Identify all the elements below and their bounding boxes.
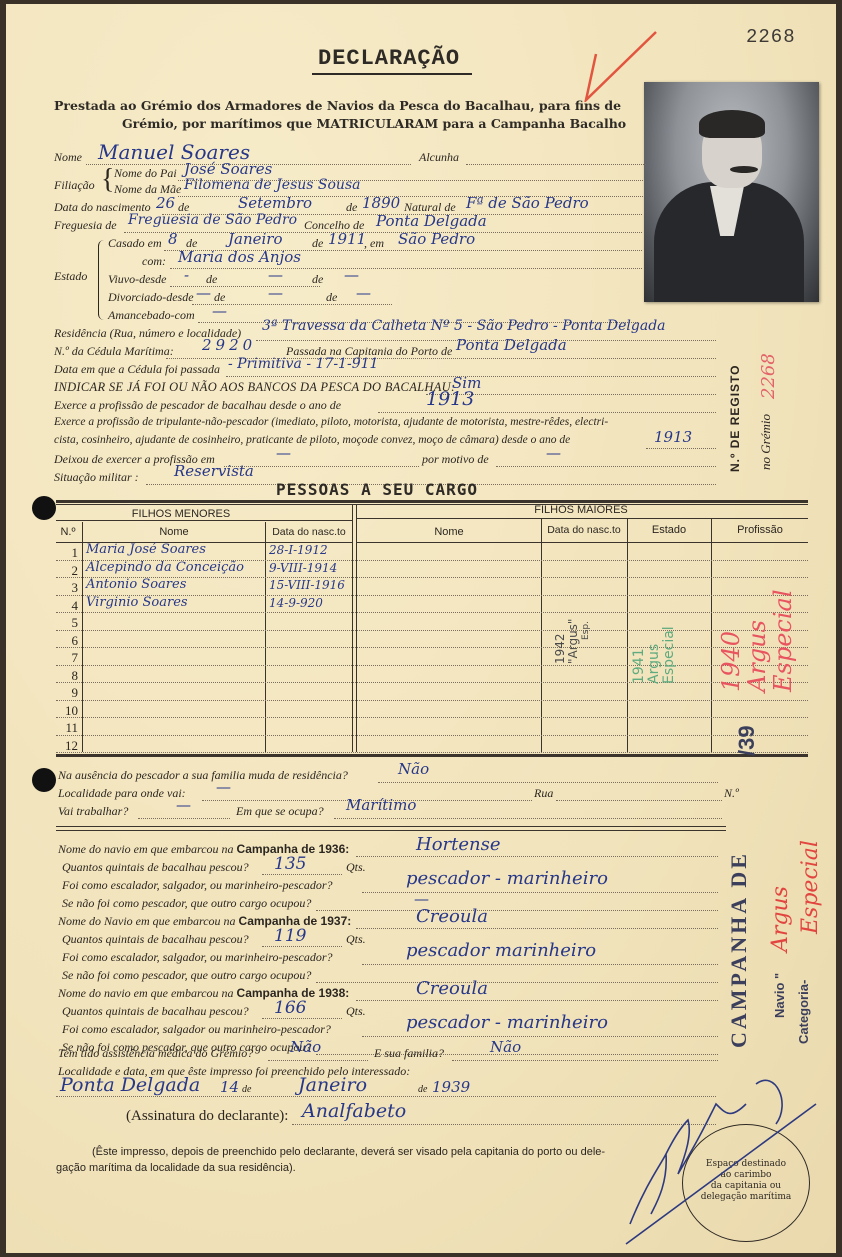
freguesia-label: Freguesia de (54, 218, 117, 233)
dots (262, 946, 342, 947)
data-cedula-label: Data em que a Cédula foi passada (54, 362, 220, 377)
viuvo-label: Viuvo-desde (108, 272, 166, 287)
menores-title: FILHOS MENORES (56, 508, 306, 520)
menor-data-field[interactable]: 28-I-1912 (269, 543, 328, 557)
casado-local-field[interactable]: São Pedro (398, 230, 475, 248)
concelho-field[interactable]: Ponta Delgada (376, 212, 487, 230)
campanha-stamp: CAMPANHA DE (726, 851, 752, 1048)
de-label: de (326, 290, 337, 305)
quintais-field[interactable]: 135 (274, 854, 306, 874)
com-label: com: (142, 254, 166, 269)
menor-data-field[interactable]: 15-VIII-1916 (269, 578, 345, 592)
localidade-field[interactable]: — (216, 778, 231, 796)
categoria-stamp-field[interactable]: Especial (798, 840, 823, 934)
menor-nome-field[interactable]: Virginio Soares (86, 595, 188, 610)
tripulante-field[interactable]: 1913 (654, 428, 692, 446)
dots (356, 856, 718, 857)
row-number: 2 (58, 563, 78, 579)
quintais-label: Quantos quintais de bacalhau pescou? (62, 1004, 249, 1019)
dots (362, 964, 718, 965)
row-number: 3 (58, 580, 78, 596)
quintais-label: Quantos quintais de bacalhau pescou? (62, 860, 249, 875)
motivo-field[interactable]: — (546, 444, 561, 462)
cedula-field[interactable]: 2920 (202, 336, 256, 354)
dots (362, 1036, 718, 1037)
rua-label: Rua (534, 786, 553, 801)
cedula-label: N.º da Cédula Marítima: (54, 344, 174, 359)
funcao-label: Foi como escalador, salgador, ou marinhe… (62, 878, 333, 893)
familia-label: E sua familia? (374, 1046, 444, 1061)
assistencia-label: Tem tido assistência médica do Grémio? (58, 1046, 253, 1061)
funcao-field[interactable]: pescador - marinheiro (406, 1012, 608, 1033)
categoria-stamp-label: Categoria- (796, 980, 811, 1044)
assistencia-field[interactable]: Não (290, 1038, 321, 1056)
col-estado-header: Estado (628, 524, 710, 536)
maiores-title: FILHOS MAIORES (356, 504, 806, 516)
row-number: 12 (58, 738, 78, 754)
nome-label: Nome (54, 150, 82, 165)
navio-stamp-field[interactable]: Argus (768, 886, 793, 952)
de-label: de (312, 236, 323, 251)
pai-field[interactable]: José Soares (184, 160, 272, 178)
official-signature-icon (606, 1074, 836, 1254)
outro-label: Se não foi como pescador, que outro carg… (62, 968, 311, 983)
navio-field[interactable]: Creoula (416, 906, 488, 927)
filiacao-label: Filiação (54, 178, 95, 193)
mae-field[interactable]: Filomena de Jesus Sousa (184, 177, 360, 193)
registo-field[interactable]: 2268 (758, 353, 779, 399)
ocupa-label: Em que se ocupa? (236, 804, 324, 819)
dots (316, 910, 718, 911)
amancebado-label: Amancebado-com (108, 308, 195, 323)
page-title: DECLARAÇÃO (312, 46, 472, 75)
alcunha-label: Alcunha (419, 150, 459, 165)
row-number: 5 (58, 615, 78, 631)
quintais-label: Quantos quintais de bacalhau pescou? (62, 932, 249, 947)
de-label: de (242, 1084, 251, 1095)
freguesia-field[interactable]: Freguesia de São Pedro (128, 212, 297, 228)
pencil-annotation: 1942 "Argus" Esp. (554, 619, 593, 664)
col-data-header: Data do nasc.to (266, 526, 352, 538)
nascimento-mes-field[interactable]: Setembro (238, 194, 312, 212)
de-label: de (346, 200, 357, 215)
funcao-field[interactable]: pescador marinheiro (406, 940, 596, 961)
capitania-field[interactable]: Ponta Delgada (456, 336, 567, 354)
n-label: N.º (724, 786, 739, 801)
navio-field[interactable]: Hortense (416, 834, 501, 855)
col-num-header: N.º (56, 526, 80, 538)
dots (262, 874, 342, 875)
assinatura-field[interactable]: Analfabeto (302, 1100, 406, 1122)
pessoas-section-title: PESSOAS A SEU CARGO (276, 480, 478, 499)
casado-label: Casado em (108, 236, 162, 251)
muda-label: Na ausência do pescador a sua familia mu… (58, 768, 348, 783)
row-number: 11 (58, 720, 78, 736)
dia-field[interactable]: 14 (220, 1078, 239, 1096)
portrait-photo (644, 82, 819, 302)
dots (356, 1000, 718, 1001)
viuvo-mes-field[interactable]: — (268, 266, 283, 284)
trabalhar-label: Vai trabalhar? (58, 804, 128, 819)
muda-field[interactable]: Não (398, 760, 429, 778)
com-field[interactable]: Maria dos Anjos (178, 248, 301, 266)
nascimento-dia-field[interactable]: 26 (156, 194, 175, 212)
dots (356, 928, 718, 929)
tripulante-label-1: Exerce a profissão de tripulante-não-pes… (54, 416, 608, 428)
trabalhar-field[interactable]: — (176, 796, 191, 814)
row-number: 10 (58, 703, 78, 719)
outro-label: Se não foi como pescador, que outro carg… (62, 896, 311, 911)
motivo-label: por motivo de (422, 452, 489, 467)
qts-label: Qts. (346, 1004, 366, 1019)
col-nome-header: Nome (84, 526, 264, 538)
divorciado-label: Divorciado-desde (108, 290, 194, 305)
navio-field[interactable]: Creoula (416, 978, 488, 999)
de-label: de (418, 1084, 427, 1095)
natural-field[interactable]: Fª de São Pedro (466, 194, 589, 212)
row-number: 9 (58, 685, 78, 701)
col-profissao-header: Profissão (712, 524, 808, 536)
pai-label: Nome do Pai (114, 166, 177, 181)
nascimento-ano-field[interactable]: 1890 (362, 194, 400, 212)
em-label: , em (364, 236, 384, 251)
divorciado-ano-field[interactable]: — (356, 284, 371, 302)
ocupa-field[interactable]: Marítimo (346, 796, 416, 814)
row-number: 7 (58, 650, 78, 666)
row-number: 4 (58, 598, 78, 614)
registo-gremio-label: no Grémio (758, 414, 774, 470)
dots (262, 1018, 342, 1019)
local-field[interactable]: Ponta Delgada (60, 1074, 200, 1096)
pescador-label: Exerce a profissão de pescador de bacalh… (54, 398, 341, 413)
navio-stamp-label: Navio " (772, 973, 787, 1018)
punch-hole (32, 768, 56, 792)
viuvo-ano-field[interactable]: — (344, 266, 359, 284)
footnote-line-1: (Êste impresso, depois de preenchido pel… (92, 1146, 605, 1158)
declaration-form: 2268 DECLARAÇÃO Prestada ao Grémio dos A… (6, 4, 836, 1253)
indicar-label: INDICAR SE JÁ FOI OU NÃO AOS BANCOS DA P… (54, 380, 455, 395)
footnote-line-2: gação marítima da localidade da sua resi… (56, 1162, 296, 1174)
mes-field[interactable]: Janeiro (298, 1074, 367, 1096)
casado-mes-field[interactable]: Janeiro (228, 230, 283, 248)
militar-field[interactable]: Reservista (174, 462, 254, 480)
de-label: de (312, 272, 323, 287)
funcao-label: Foi como escalador, salgador ou marinhei… (62, 1022, 331, 1037)
punch-hole (32, 496, 56, 520)
casado-dia-field[interactable]: 8 (168, 230, 178, 248)
qts-label: Qts. (346, 860, 366, 875)
militar-label: Situação militar : (54, 470, 139, 485)
navio-label: Nome do Navio em que embarcou na Campanh… (58, 914, 351, 929)
row-number: 1 (58, 545, 78, 561)
estado-brace (98, 240, 104, 320)
tripulante-label-2: cista, cosinheiro, ajudante de cosinheir… (54, 434, 570, 446)
pescador-field[interactable]: 1913 (426, 388, 474, 410)
row-number: 8 (58, 668, 78, 684)
campanha-ano: /39 (734, 725, 760, 756)
col-maior-nome-header: Nome (358, 526, 540, 538)
estado-label: Estado (54, 269, 87, 284)
localidade-label: Localidade para onde vai: (58, 786, 186, 801)
casado-ano-field[interactable]: 1911 (328, 230, 366, 248)
divorciado-mes-field[interactable]: — (268, 284, 283, 302)
subtitle-line1: Prestada ao Grémio dos Armadores de Navi… (54, 98, 621, 113)
menor-data-field[interactable]: 9-VIII-1914 (269, 561, 337, 575)
qts-label: Qts. (346, 932, 366, 947)
assinatura-label: (Assinatura do declarante): (126, 1108, 288, 1125)
green-annotation: 1941 Argus Especial (632, 626, 677, 684)
funcao-label: Foi como escalador, salgador, ou marinhe… (62, 950, 333, 965)
viuvo-field[interactable]: - (184, 266, 189, 284)
red-annotation: 1940 Argus Especial (718, 589, 796, 692)
menor-nome-field[interactable]: Antonio Soares (86, 577, 186, 592)
familia-field[interactable]: Não (490, 1038, 521, 1056)
registo-label: N.º DE REGISTO (728, 364, 742, 472)
deixou-field[interactable]: — (276, 444, 291, 462)
quintais-field[interactable]: 119 (274, 926, 306, 946)
row-number: 6 (58, 633, 78, 649)
menor-data-field[interactable]: 14-9-920 (269, 596, 323, 610)
brace: { (101, 164, 114, 196)
menor-nome-field[interactable]: Maria José Soares (86, 542, 206, 557)
funcao-field[interactable]: pescador - marinheiro (406, 868, 608, 889)
ano-field[interactable]: 1939 (432, 1078, 470, 1096)
dots (316, 982, 718, 983)
residencia-field[interactable]: 3ª Travessa da Calheta Nº 5 - São Pedro … (262, 318, 666, 334)
quintais-field[interactable]: 166 (274, 998, 306, 1018)
divorciado-field[interactable]: — (196, 284, 211, 302)
serial-number: 2268 (746, 26, 796, 48)
menor-nome-field[interactable]: Alcepindo da Conceição (86, 560, 244, 575)
col-maior-data-header: Data do nasc.to (542, 524, 626, 536)
subtitle-line2: Grémio, por marítimos que MATRICULARAM p… (122, 116, 626, 131)
data-cedula-field[interactable]: - Primitiva - 17-1-911 (228, 356, 378, 372)
amancebado-field[interactable]: — (212, 302, 227, 320)
